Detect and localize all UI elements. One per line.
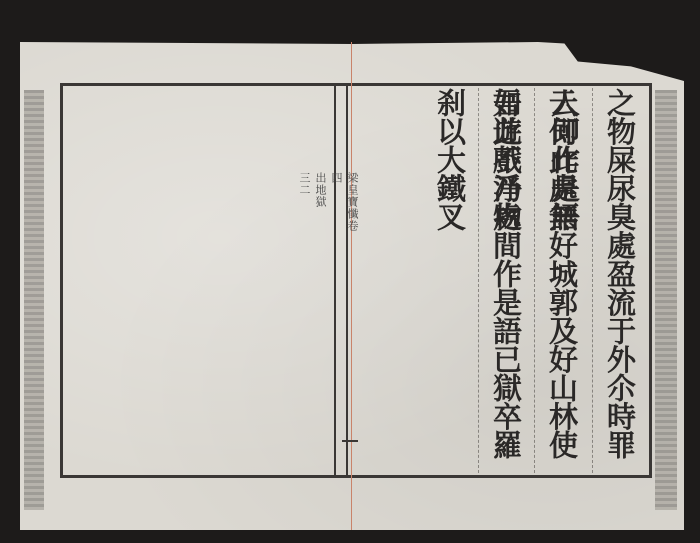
- banxin-volume: 四: [328, 172, 344, 232]
- fishtail-mark: [342, 440, 358, 454]
- banxin-folio: 三二: [296, 172, 312, 232]
- fold-line: [351, 42, 352, 530]
- text-column: 之物屎尿臭處盈流于外尒時罪人即作是語: [592, 88, 648, 473]
- ink-smudge-left: [24, 90, 44, 510]
- banxin-text: 梁皇寶懺卷 四 出地獄 三二: [340, 172, 360, 240]
- ink-smudge-right: [655, 90, 677, 510]
- banxin-strip: [334, 83, 348, 478]
- text-column: 云何此處無好城郭及好山林使吾遊戲乃處: [534, 88, 590, 473]
- banxin-title: 梁皇寶懺卷: [344, 172, 360, 232]
- banxin-section: 出地獄: [312, 172, 328, 232]
